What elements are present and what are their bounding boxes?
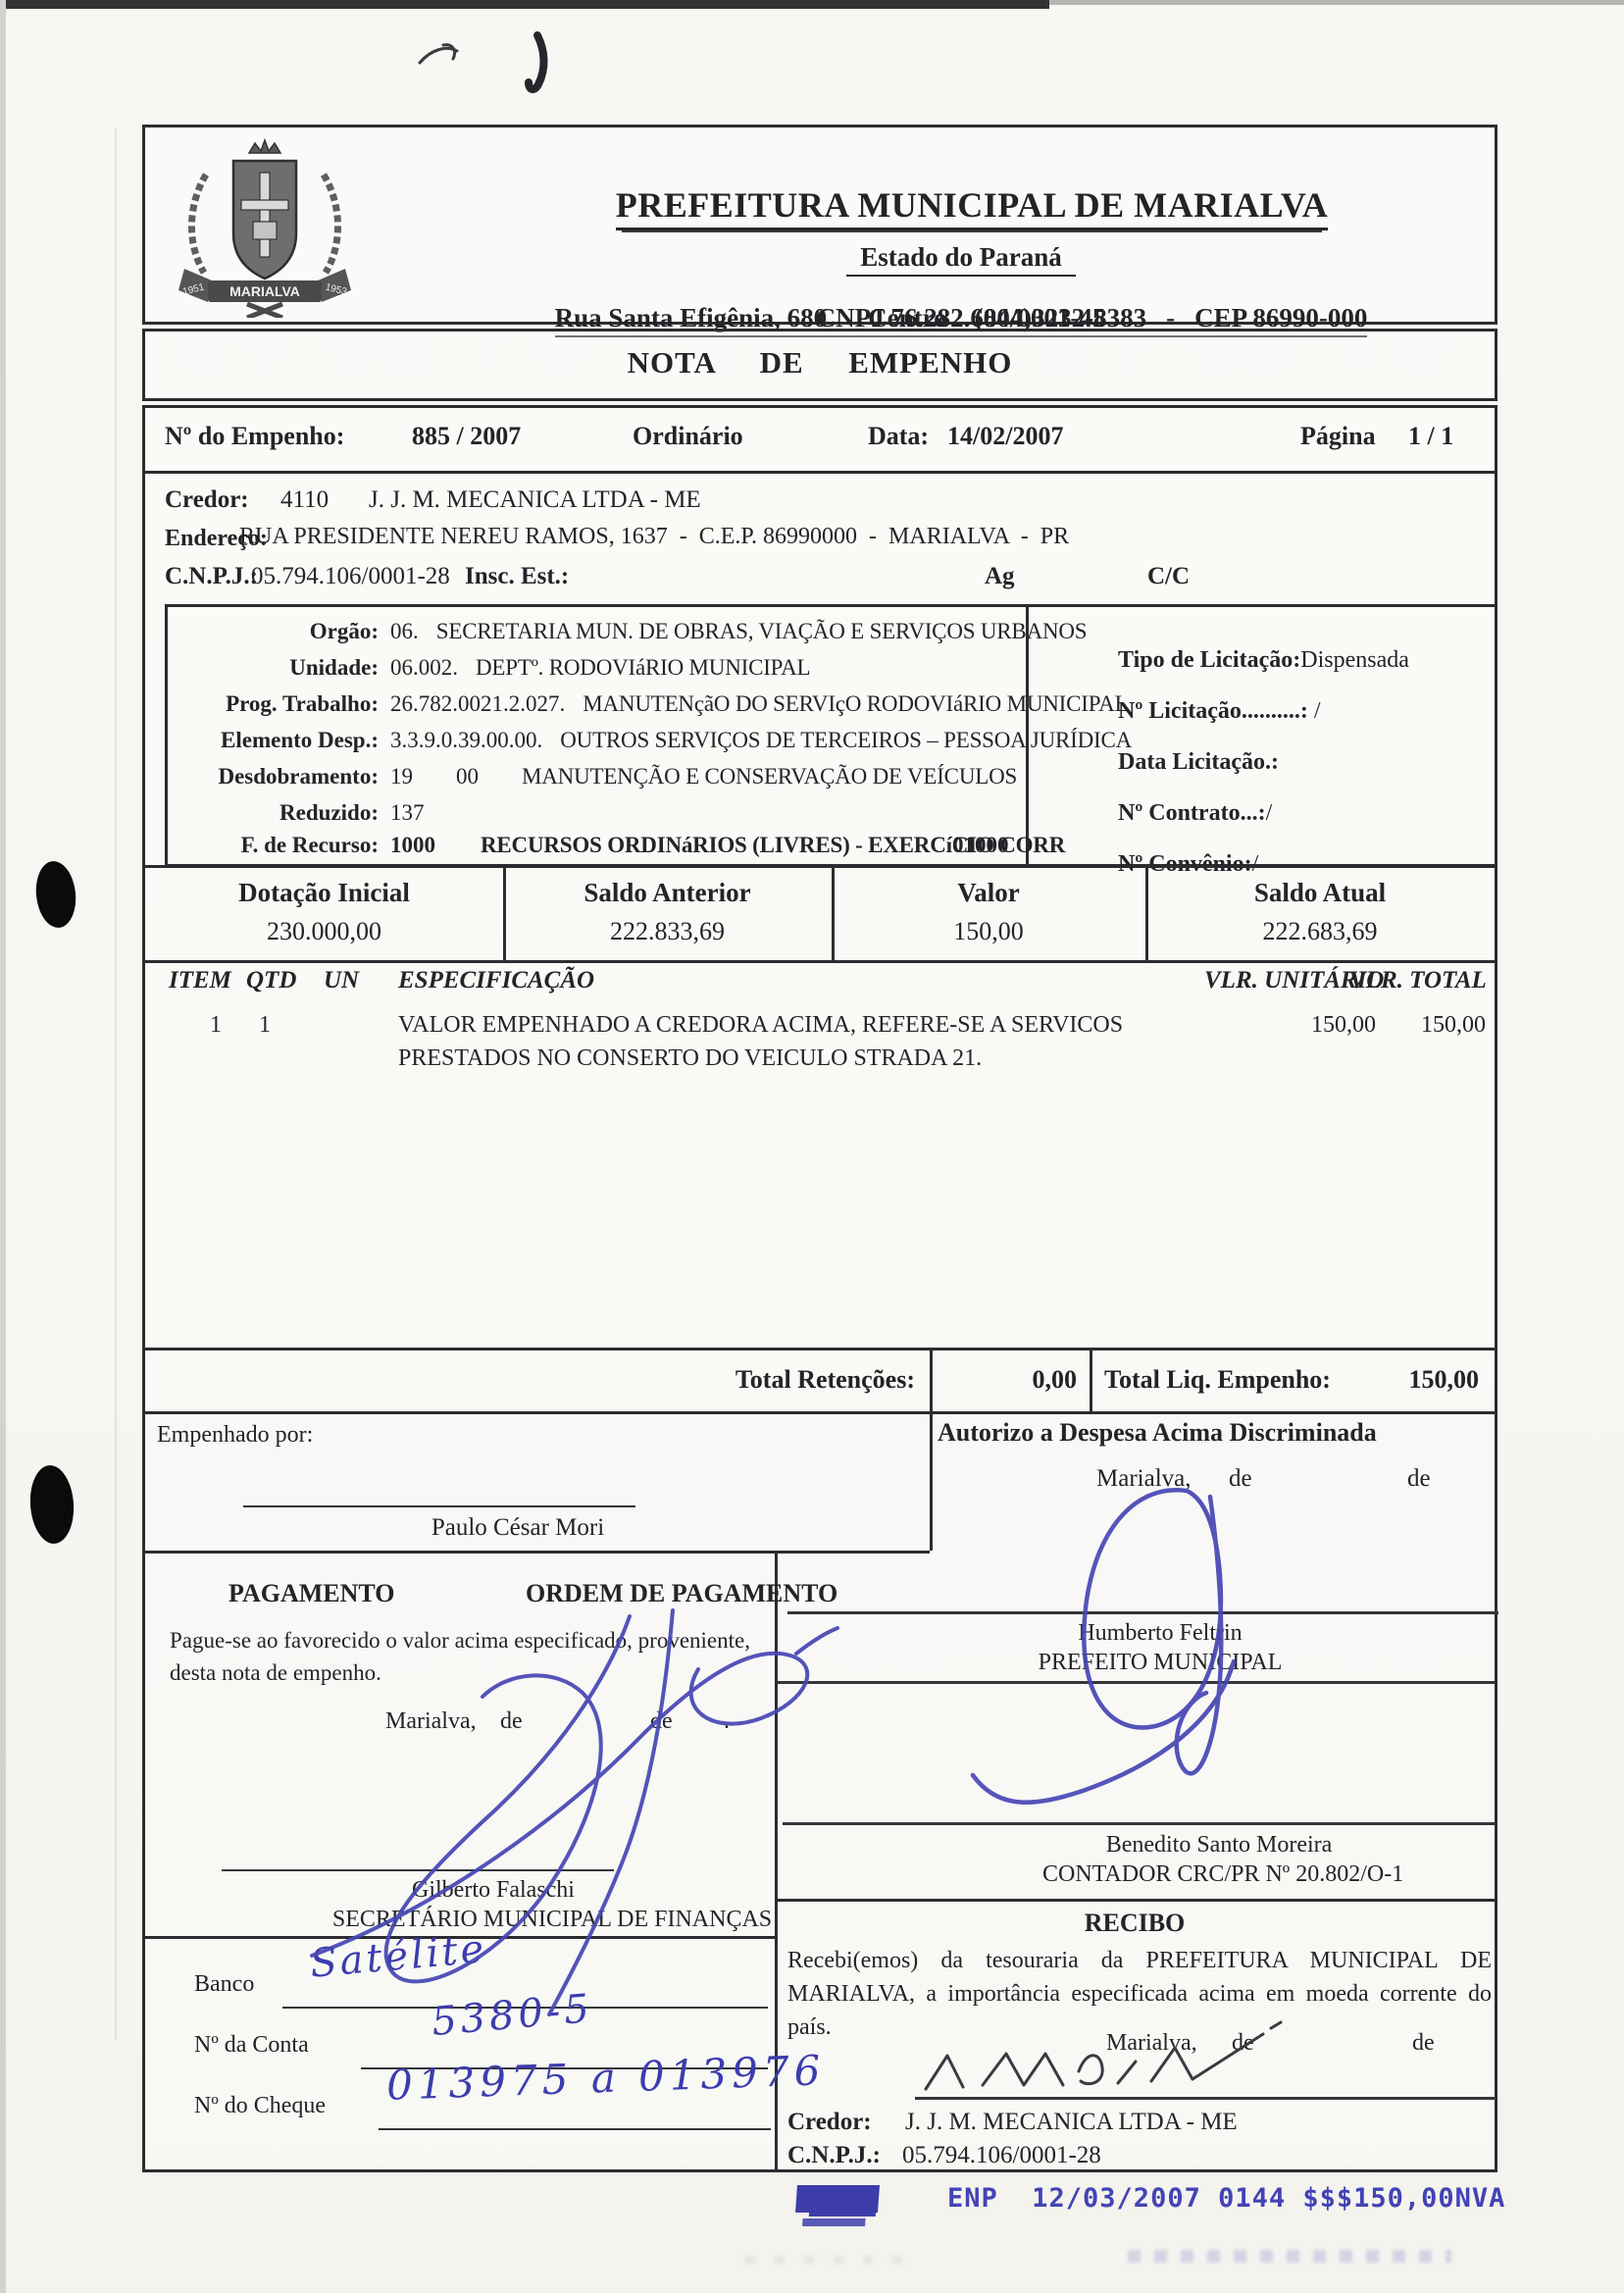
dotacao-inicial-header: Dotação Inicial [145, 878, 503, 908]
num-contrato-value: / [1266, 800, 1273, 826]
autorizo-de2: de [1407, 1465, 1431, 1494]
orcamento-box: Orgão: 06. SECRETARIA MUN. DE OBRAS, VIA… [165, 604, 1497, 867]
total-retencoes-label: Total Retenções: [635, 1365, 915, 1395]
saldo-anterior-header: Saldo Anterior [503, 878, 832, 908]
fonte-recurso-row: F. de Recurso: 1000 RECURSOS ORDINáRIOS … [168, 833, 1023, 858]
contador-name: Benedito Santo Moreira [1042, 1832, 1396, 1860]
total-retencoes-value: 0,00 [938, 1365, 1077, 1395]
total-liq-value: 150,00 [1337, 1365, 1479, 1395]
pagamento-body-text: Pague-se ao favorecido o valor acima esp… [170, 1624, 770, 1690]
orgao-desc: SECRETARIA MUN. DE OBRAS, VIAÇÃO E SERVI… [436, 619, 1088, 644]
items-header-item: ITEM [169, 967, 231, 995]
elemento-desp-desc: OUTROS SERVIÇOS DE TERCEIROS – PESSOA JU… [560, 728, 1132, 753]
ag-label: Ag [985, 563, 1015, 591]
pen-marks-top [420, 35, 544, 89]
recibo-de1: de [1232, 2030, 1254, 2058]
saldo-atual-header: Saldo Atual [1145, 878, 1495, 908]
reduzido-row: Reduzido: 137 [168, 800, 1023, 826]
fonte-recurso-extra: 01000 [952, 833, 1009, 858]
pagamento-city: Marialva, [385, 1708, 477, 1736]
recibo-credor-label: Credor: [787, 2109, 872, 2137]
recibo-cnpj-label: C.N.P.J.: [787, 2142, 881, 2170]
num-licitacao-value: / [1308, 698, 1321, 724]
doc-title-bar: NOTA DE EMPENHO [142, 329, 1497, 401]
item-row-espec-line2: PRESTADOS NO CONSERTO DO VEICULO STRADA … [398, 1045, 982, 1073]
elemento-desp-row: Elemento Desp.: 3.3.9.0.39.00.00. OUTROS… [168, 728, 1023, 753]
prog-trabalho-label: Prog. Trabalho: [168, 691, 379, 717]
item-row-number: 1 [210, 1012, 222, 1040]
orgao-code: 06. [390, 619, 419, 644]
saldo-atual-value: 222.683,69 [1145, 917, 1495, 946]
tipo-licitacao-label: Tipo de Licitação: [1118, 647, 1300, 673]
valor-value: 150,00 [832, 917, 1145, 946]
empenho-number-label: Nº do Empenho: [165, 422, 344, 451]
cheque-label: Nº do Cheque [194, 2093, 326, 2120]
num-contrato-label: Nº Contrato...: [1118, 800, 1266, 826]
header-box: MARIALVA 1951 1953 PREFEITURA MUNICIPAL … [142, 125, 1497, 325]
cheque-handwritten-value: 013975 a 013976 [385, 2046, 826, 2110]
stamp-faint-echo [1128, 2250, 1451, 2263]
saldo-anterior-cell: Saldo Anterior 222.833,69 [503, 868, 832, 960]
empenho-form: MARIALVA 1951 1953 PREFEITURA MUNICIPAL … [142, 125, 1497, 2172]
empenho-page-label: Página [1300, 422, 1376, 451]
credor-name: J. J. M. MECANICA LTDA - ME [369, 486, 701, 515]
pagamento-de1: de [500, 1708, 523, 1736]
form-body: Nº do Empenho: 885 / 2007 Ordinário Data… [142, 405, 1497, 2172]
cc-label: C/C [1147, 563, 1190, 591]
prefeito-signature-line [787, 1611, 1498, 1614]
prefeito-lower-line [778, 1681, 1495, 1684]
valor-cell: Valor 150,00 [832, 868, 1145, 960]
recibo-de2: de [1412, 2030, 1435, 2058]
empenhado-name: Paulo César Mori [322, 1514, 714, 1543]
prog-trabalho-code: 26.782.0021.2.027. [390, 691, 565, 717]
desdobramento-code: 19 [390, 764, 413, 790]
credor-label: Credor: [165, 486, 249, 515]
items-header-un: UN [324, 967, 359, 995]
stamp-faint-echo-left [745, 2256, 922, 2264]
cnpj-label: C.N.P.J.: [165, 563, 258, 591]
orgao-row: Orgão: 06. SECRETARIA MUN. DE OBRAS, VIA… [168, 619, 1023, 644]
prog-trabalho-desc: MANUTENçãO DO SERVIçO RODOVIáRIO MUNICIP… [583, 691, 1128, 717]
prefeito-name: Humberto Feltrin [984, 1620, 1337, 1648]
prefeito-title: PREFEITO MUNICIPAL [984, 1650, 1337, 1677]
item-row-espec-line1: VALOR EMPENHADO A CREDORA ACIMA, REFERE-… [398, 1012, 1123, 1040]
item-row-qtd: 1 [259, 1012, 271, 1040]
scanned-nota-de-empenho: MARIALVA 1951 1953 PREFEITURA MUNICIPAL … [0, 0, 1624, 2293]
scan-top-edge [0, 0, 1049, 9]
banco-label: Banco [194, 1971, 254, 1999]
unidade-label: Unidade: [168, 655, 379, 681]
conta-label: Nº da Conta [194, 2032, 309, 2060]
items-header-espec: ESPECIFICAÇÃO [398, 967, 594, 995]
ordem-pagamento-title: ORDEM DE PAGAMENTO [526, 1579, 837, 1608]
total-liq-label: Total Liq. Empenho: [1104, 1365, 1331, 1395]
endereco-value: RUA PRESIDENTE NEREU RAMOS, 1637 - C.E.P… [239, 524, 1069, 551]
autorizo-de1: de [1229, 1465, 1252, 1494]
empenhado-por-label: Empenhado por: [157, 1422, 313, 1450]
pagamento-de2: de [650, 1708, 673, 1736]
secretario-name: Gilberto Falaschi [297, 1877, 689, 1905]
cnpj-value: 05.794.106/0001-28 [251, 563, 450, 591]
empenho-page: 1 / 1 [1408, 422, 1453, 451]
conta-handwritten-value: 5380-5 [430, 1986, 594, 2045]
desdobramento-row: Desdobramento: 19 00 MANUTENÇÃO E CONSER… [168, 764, 1023, 790]
empenho-date-label: Data: [868, 422, 929, 451]
elemento-desp-label: Elemento Desp.: [168, 728, 379, 753]
desdobramento-code2: 00 [456, 764, 479, 790]
pagamento-title: PAGAMENTO [228, 1579, 394, 1608]
totais-row: Total Retenções: 0,00 Total Liq. Empenho… [145, 1348, 1495, 1414]
items-header-total: VLR. TOTAL [1349, 967, 1487, 995]
credor-code: 4110 [280, 486, 329, 515]
stamp-ink-blob [795, 2185, 880, 2213]
pagamento-period: . [724, 1708, 730, 1736]
contador-title: CONTADOR CRC/PR Nº 20.802/O-1 [1042, 1861, 1396, 1889]
tipo-licitacao-value: Dispensada [1300, 647, 1409, 673]
saldo-atual-cell: Saldo Atual 222.683,69 [1145, 868, 1495, 960]
marialva-coat-of-arms: MARIALVA 1951 1953 [167, 135, 363, 318]
paper-crease [115, 127, 117, 2040]
data-licitacao-label: Data Licitação.: [1118, 749, 1279, 775]
empenho-kind: Ordinário [633, 422, 743, 451]
contador-signature-line [783, 1822, 1495, 1825]
secretario-title: SECRETÁRIO MUNICIPAL DE FINANÇAS [297, 1907, 807, 1934]
empenhado-signature-line [243, 1505, 635, 1507]
items-header-qtd: QTD [246, 967, 296, 995]
elemento-desp-code: 3.3.9.0.39.00.00. [390, 728, 542, 753]
recibo-title: RECIBO [775, 1909, 1495, 1938]
cheque-underline [379, 2128, 771, 2130]
doc-title: NOTA DE EMPENHO [145, 345, 1495, 381]
recibo-credor-signature-line [915, 2097, 1497, 2100]
dotacao-inicial-value: 230.000,00 [145, 917, 503, 946]
fonte-recurso-label: F. de Recurso: [168, 833, 379, 858]
num-licitacao-label: Nº Licitação..........: [1118, 698, 1308, 724]
unidade-row: Unidade: 06.002. DEPTº. RODOVIáRIO MUNIC… [168, 655, 1023, 681]
desdobramento-desc: MANUTENÇÃO E CONSERVAÇÃO DE VEÍCULOS [522, 764, 1017, 790]
hole-punch-bottom [27, 1464, 76, 1546]
fonte-recurso-code: 1000 [390, 833, 435, 858]
item-row-unit-value: 150,00 [1224, 1012, 1376, 1040]
empenho-number: 885 / 2007 [412, 422, 521, 451]
valor-header: Valor [832, 878, 1145, 908]
insc-est-label: Insc. Est.: [465, 563, 569, 591]
desdobramento-label: Desdobramento: [168, 764, 379, 790]
autorizo-title: Autorizo a Despesa Acima Discriminada [938, 1418, 1377, 1448]
secretario-signature-line [222, 1869, 614, 1871]
hole-punch-top [33, 859, 79, 930]
autorizo-city: Marialva, [1096, 1465, 1191, 1494]
reduzido-code: 137 [390, 800, 425, 826]
reduzido-label: Reduzido: [168, 800, 379, 826]
recibo-body-text: Recebi(emos) da tesouraria da PREFEITURA… [787, 1944, 1492, 2044]
prog-trabalho-row: Prog. Trabalho: 26.782.0021.2.027. MANUT… [168, 691, 1023, 717]
dotacao-inicial-cell: Dotação Inicial 230.000,00 [145, 868, 503, 960]
recibo-city: Marialva, [1106, 2030, 1197, 2058]
saldos-row: Dotação Inicial 230.000,00 Saldo Anterio… [145, 865, 1495, 963]
item-row-total-value: 150,00 [1361, 1012, 1486, 1040]
saldo-anterior-value: 222.833,69 [503, 917, 832, 946]
unidade-desc: DEPTº. RODOVIáRIO MUNICIPAL [476, 655, 810, 681]
orgao-label: Orgão: [168, 619, 379, 644]
logo-banner-text: MARIALVA [229, 283, 300, 299]
unidade-code: 06.002. [390, 655, 458, 681]
recibo-credor-value: J. J. M. MECANICA LTDA - ME [905, 2109, 1238, 2137]
recibo-cnpj-value: 05.794.106/0001-28 [902, 2142, 1101, 2170]
empenho-date: 14/02/2007 [947, 422, 1063, 451]
header-state: Estado do Paraná [846, 242, 1076, 277]
stamp-text: ENP 12/03/2007 0144 $$$150,00NVA [947, 2183, 1505, 2214]
